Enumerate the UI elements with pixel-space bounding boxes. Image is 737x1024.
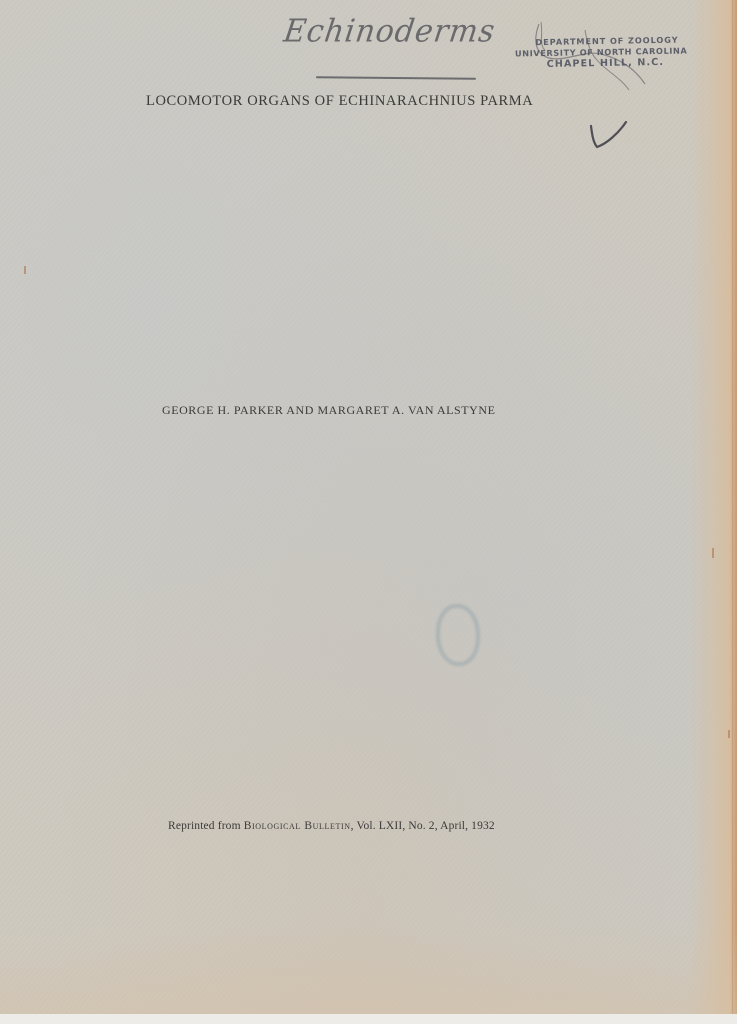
department-stamp: DEPARTMENT OF ZOOLOGY UNIVERSITY OF NORT… xyxy=(515,34,688,70)
handwritten-underline xyxy=(316,76,476,79)
document-page: Echinoderms DEPARTMENT OF ZOOLOGY UNIVER… xyxy=(0,0,737,1014)
aged-bottom-edge xyxy=(0,924,737,1014)
document-authors: GEORGE H. PARKER AND MARGARET A. VAN ALS… xyxy=(162,403,495,418)
citation-journal: Biological Bulletin xyxy=(244,820,351,832)
right-margin-mark-1 xyxy=(712,548,714,558)
document-title: LOCOMOTOR ORGANS OF ECHINARACHNIUS PARMA xyxy=(146,93,533,110)
scan-bottom-strip xyxy=(0,1014,737,1024)
page-edge-line xyxy=(732,0,733,1014)
check-mark-icon xyxy=(588,118,632,152)
left-margin-mark xyxy=(24,266,26,274)
ink-smudge xyxy=(436,604,480,666)
reprint-citation: Reprinted from Biological Bulletin, Vol.… xyxy=(168,820,495,832)
aged-right-edge xyxy=(689,0,737,1014)
handwritten-note: Echinoderms xyxy=(281,13,497,50)
citation-suffix: , Vol. LXII, No. 2, April, 1932 xyxy=(351,820,495,832)
citation-prefix: Reprinted from xyxy=(168,820,244,832)
right-margin-mark-2 xyxy=(728,730,730,738)
